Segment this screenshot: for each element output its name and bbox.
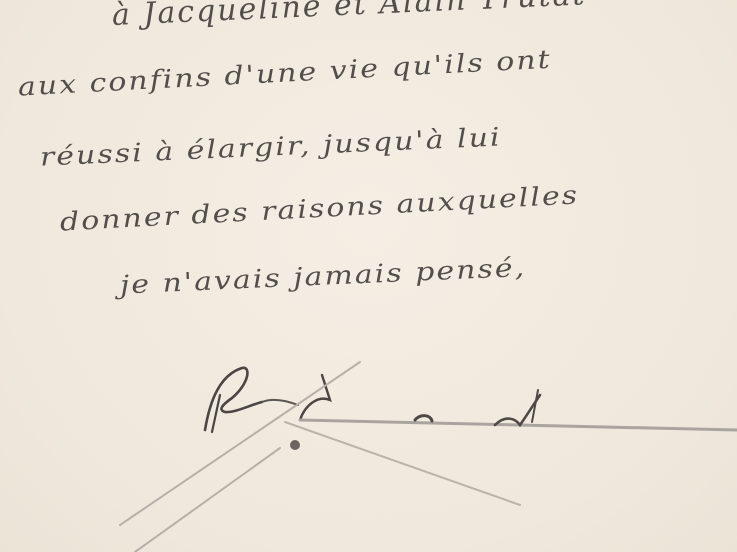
signature <box>0 0 737 552</box>
